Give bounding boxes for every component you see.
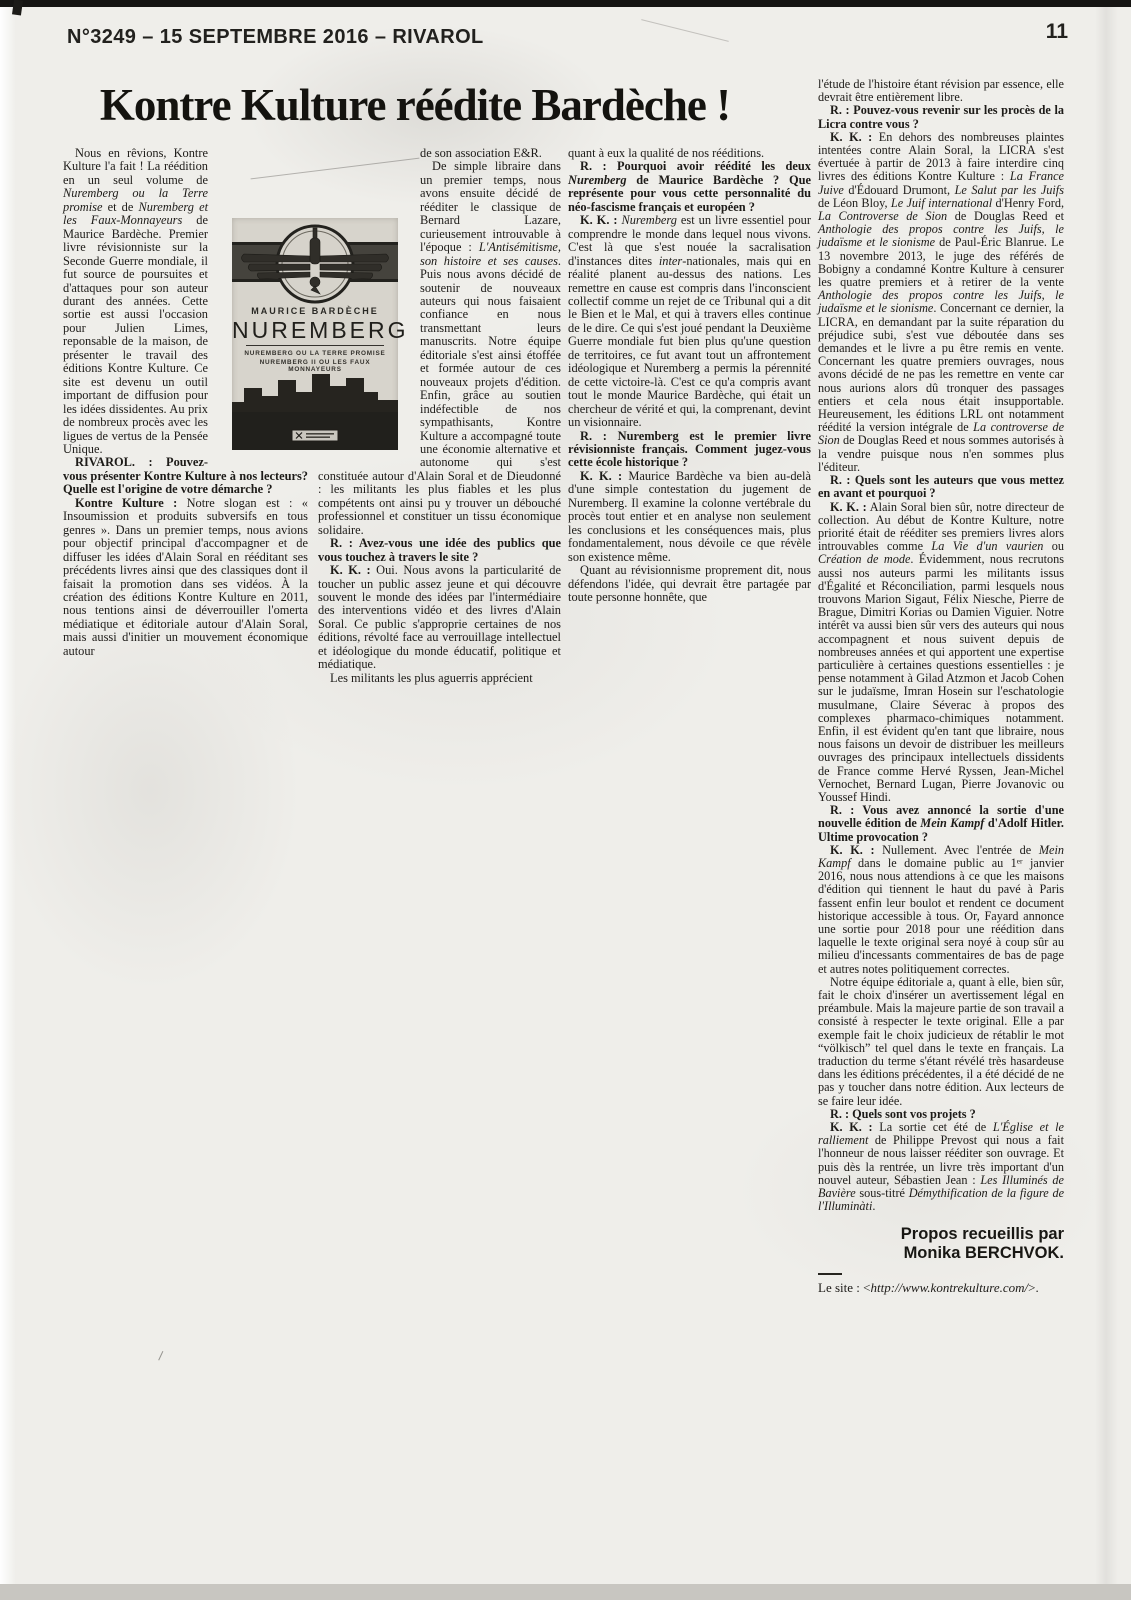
scan-speck [158, 1351, 169, 1363]
issue-line: N°3249 – 15 SEPTEMBRE 2016 – RIVAROL [67, 26, 484, 49]
interview-answer: Notre équipe éditoriale a, quant à elle,… [818, 976, 1064, 1108]
scan-top-edge [0, 0, 1131, 7]
scanned-newspaper-page: N°3249 – 15 SEPTEMBRE 2016 – RIVAROL 11 … [0, 0, 1131, 1600]
interview-question: R. : Nuremberg est le premier livre révi… [568, 430, 811, 470]
article-column-2: de son association E&R. De simple librai… [318, 147, 561, 685]
footer-dash [818, 1273, 842, 1275]
article-column-4: l'étude de l'histoire étant révision par… [818, 78, 1064, 1294]
interview-answer: K. K. : Nullement. Avec l'entrée de Mein… [818, 844, 1064, 976]
byline-line-1: Propos recueillis par [818, 1225, 1064, 1244]
paragraph-continuation: de son association E&R. [318, 147, 561, 160]
interview-answer: K. K. : Maurice Bardèche va bien au-delà… [568, 470, 811, 564]
page-number: 11 [1038, 20, 1068, 44]
interview-answer: K. K. : Oui. Nous avons la particularité… [318, 564, 561, 672]
interview-answer: K. K. : La sortie cet été de L'Église et… [818, 1121, 1064, 1213]
interview-answer: Les militants les plus aguerris apprécie… [318, 672, 561, 685]
scan-scratch [641, 19, 729, 42]
interview-answer: K. K. : Nuremberg est un livre essentiel… [568, 214, 811, 429]
byline-line-2: Monika BERCHVOK. [818, 1244, 1064, 1263]
site-url-line: Le site : <http://www.kontrekulture.com/… [818, 1281, 1064, 1294]
interview-question: RIVAROL. : Pouvez-vous présenter Kontre … [63, 456, 308, 496]
interview-question: R. : Quels sont les auteurs que vous met… [818, 474, 1064, 500]
interview-question: R. : Pouvez-vous revenir sur les procès … [818, 104, 1064, 130]
paragraph-continuation: quant à eux la qualité de nos rééditions… [568, 147, 811, 160]
article-column-3: quant à eux la qualité de nos rééditions… [568, 147, 811, 604]
interview-answer: K. K. : En dehors des nombreuses plainte… [818, 131, 1064, 474]
interview-question: R. : Pourquoi avoir réédité les deux Nur… [568, 160, 811, 214]
paragraph-continuation: l'étude de l'histoire étant révision par… [818, 78, 1064, 104]
scan-bottom-edge [0, 1584, 1131, 1600]
interview-answer: K. K. : Alain Soral bien sûr, notre dire… [818, 501, 1064, 805]
byline: Propos recueillis par Monika BERCHVOK. [818, 1225, 1064, 1262]
interview-answer: Quant au révisionnisme proprement dit, n… [568, 564, 811, 604]
interview-answer: Kontre Kulture : Notre slogan est : « In… [63, 497, 308, 658]
article-column-1: Nous en rêvions, Kontre Kulture l'a fait… [63, 147, 308, 658]
cover-wrap-spacer [216, 199, 308, 459]
interview-question: R. : Avez-vous une idée des publics que … [318, 537, 561, 564]
cover-wrap-spacer [318, 203, 412, 455]
interview-question: R. : Vous avez annoncé la sortie d'une n… [818, 804, 1064, 844]
article-headline: Kontre Kulture réédite Bardèche ! [58, 79, 772, 131]
scan-corner-mark [12, 0, 23, 16]
